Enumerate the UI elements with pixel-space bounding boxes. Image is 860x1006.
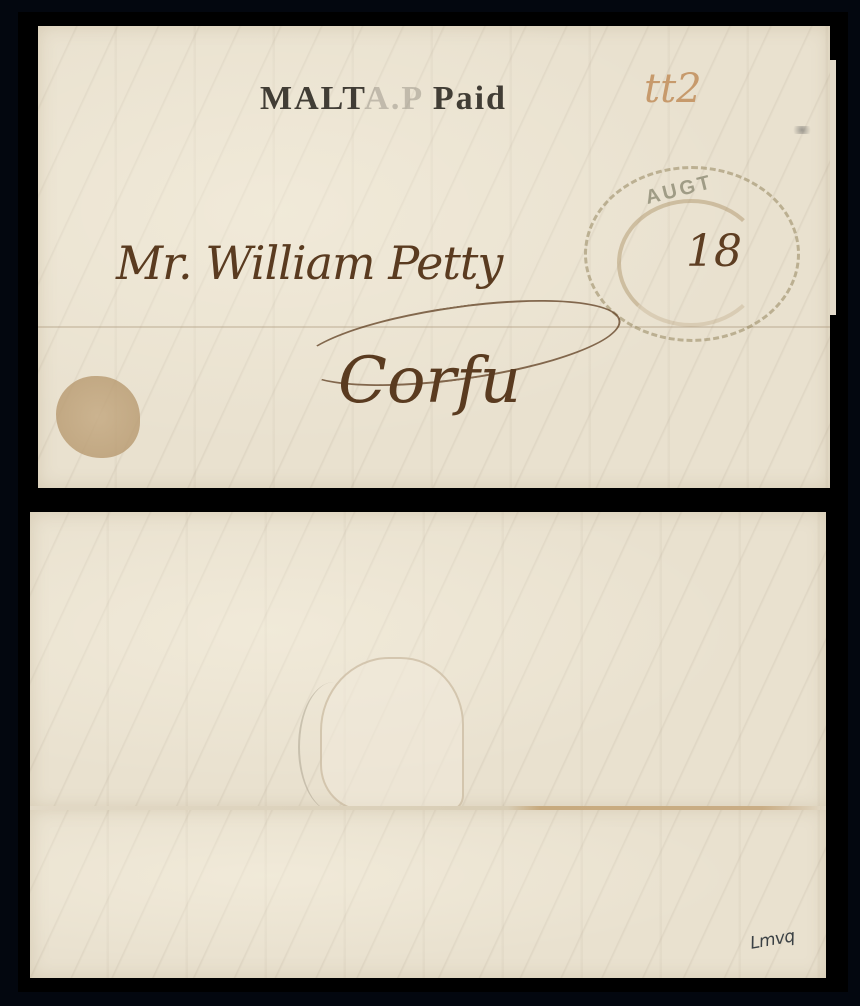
handstamp-text-faded: A.P (364, 80, 422, 117)
cover-back-flap (30, 512, 826, 808)
ink-speck (790, 126, 814, 134)
handstamp-text-paid: Paid (433, 80, 507, 117)
broken-seal-remnant (320, 657, 464, 811)
manuscript-rate: 18 (686, 226, 742, 277)
manuscript-charge-mark: tt2 (644, 66, 702, 112)
addressee-name: Mr. William Petty (116, 236, 502, 290)
pencil-annotation: Lmvq (749, 926, 797, 953)
water-stain (56, 376, 140, 458)
cover-front: MALTA.P Paid tt2 AUGT 18 Mr. William Pet… (38, 26, 830, 488)
destination-city: Corfu (338, 344, 521, 418)
handstamp-text-left: MALT (260, 80, 364, 117)
flap-edge-stain (30, 806, 826, 810)
cover-back-panel: Lmvq (30, 808, 826, 978)
malta-paid-handstamp: MALTA.P Paid (260, 80, 507, 118)
